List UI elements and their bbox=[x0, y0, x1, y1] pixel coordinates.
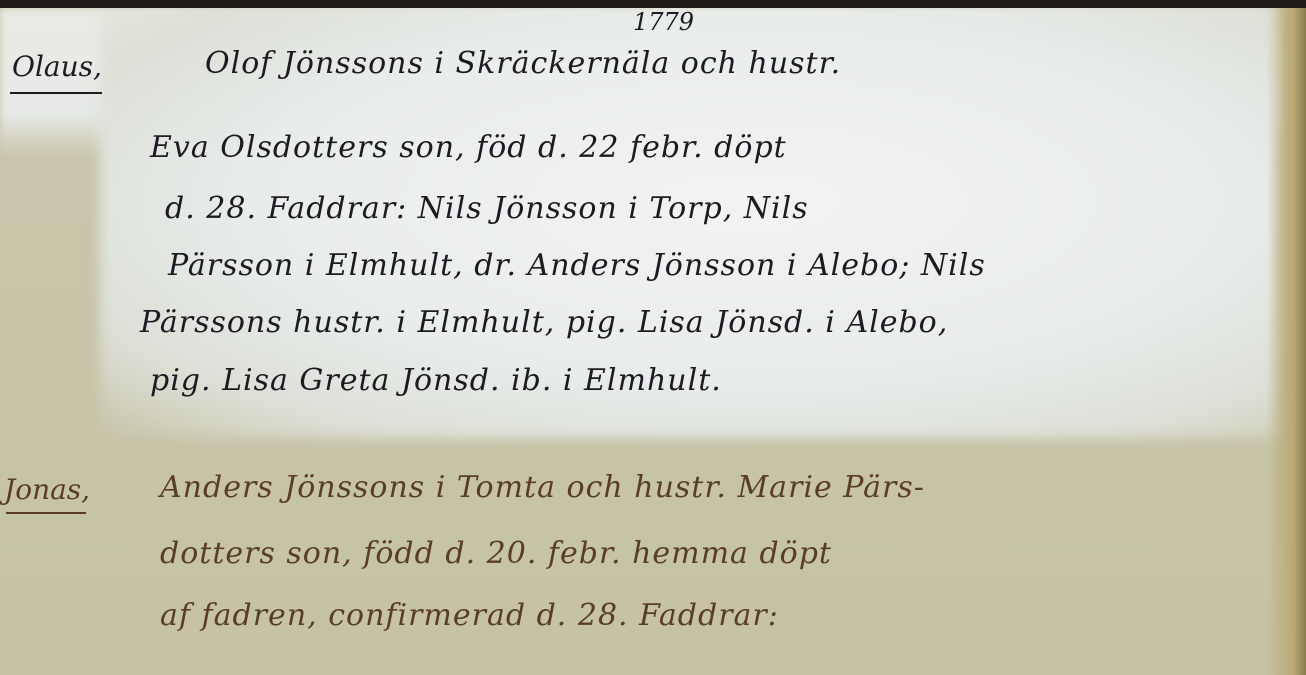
entry-2-line-3: af fadren, confirmerad d. 28. Faddrar: bbox=[160, 598, 779, 633]
entry-1-line-6: pig. Lisa Greta Jönsd. ib. i Elmhult. bbox=[150, 363, 722, 398]
margin-name-underline bbox=[10, 92, 102, 94]
entry-2-line-1: Anders Jönssons i Tomta och hustr. Marie… bbox=[160, 470, 925, 505]
margin-name-jonas: Jonas, bbox=[4, 473, 90, 506]
entry-1-line-3: d. 28. Faddrar: Nils Jönsson i Torp, Nil… bbox=[165, 191, 809, 226]
year-annotation: 1779 bbox=[633, 8, 694, 36]
entry-2-line-2: dotters son, född d. 20. febr. hemma döp… bbox=[160, 536, 832, 571]
entry-1-line-5: Pärssons hustr. i Elmhult, pig. Lisa Jön… bbox=[140, 305, 948, 340]
manuscript-page: 1779 Olaus, Olof Jönssons i Skräckernäla… bbox=[0, 8, 1306, 675]
margin-name-olaus: Olaus, bbox=[12, 50, 102, 83]
entry-1-line-1: Olof Jönssons i Skräckernäla och hustr. bbox=[205, 46, 841, 81]
entry-1-line-2: Eva Olsdotters son, föd d. 22 febr. döpt bbox=[150, 130, 787, 165]
entry-1-line-4: Pärsson i Elmhult, dr. Anders Jönsson i … bbox=[168, 248, 986, 283]
margin-name-underline bbox=[6, 512, 86, 514]
